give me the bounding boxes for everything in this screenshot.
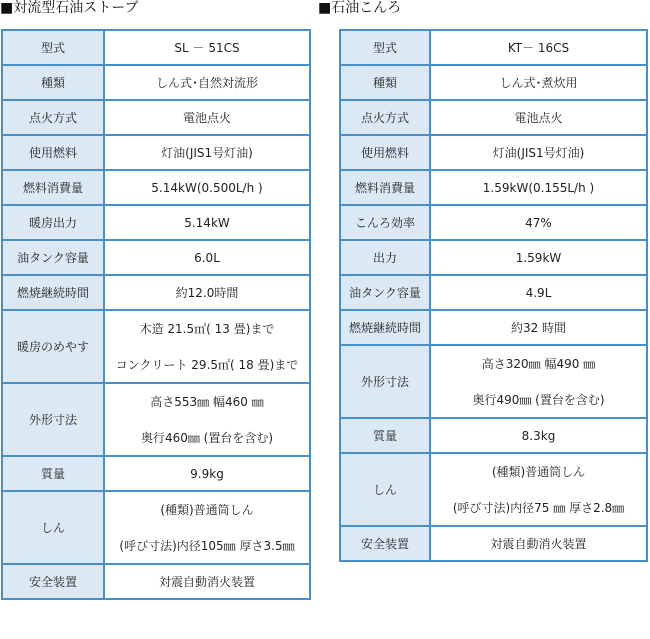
burner-section-title: ■石油こんろ xyxy=(318,0,401,16)
spec-value: (種類)普通筒しん(呼び寸法)内径105㎜ 厚さ3.5㎜ xyxy=(104,491,310,564)
spec-value-line: 6.0L xyxy=(105,251,309,265)
spec-value: 47% xyxy=(430,205,647,240)
spec-value: 約32 時間 xyxy=(430,310,647,345)
spec-value-line: 高さ320㎜ 幅490 ㎜ xyxy=(431,357,646,371)
spec-label: 燃焼継続時間 xyxy=(340,310,430,345)
spec-row: 点火方式電池点火 xyxy=(340,100,647,135)
spec-value-line: 対震自動消火装置 xyxy=(105,575,309,589)
spec-value-line: 4.9L xyxy=(431,286,646,300)
spec-value-line: しん式･煮炊用 xyxy=(431,76,646,90)
spec-row: 質量9.9kg xyxy=(2,456,310,491)
spec-label: 型式 xyxy=(340,30,430,65)
spec-label: 暖房出力 xyxy=(2,205,104,240)
spec-value-line: しん式･自然対流形 xyxy=(105,76,309,90)
spec-value-line: SL － 51CS xyxy=(105,41,309,55)
spec-value-line: 約12.0時間 xyxy=(105,286,309,300)
spec-value: 灯油(JIS1号灯油) xyxy=(104,135,310,170)
spec-value: (種類)普通筒しん(呼び寸法)内径75 ㎜ 厚さ2.8㎜ xyxy=(430,453,647,526)
spec-value: 4.9L xyxy=(430,275,647,310)
stove-section-title: ■対流型石油ストーブ xyxy=(0,0,139,16)
spec-value-line: 9.9kg xyxy=(105,467,309,481)
spec-value: 5.14kW xyxy=(104,205,310,240)
spec-label: 燃料消費量 xyxy=(2,170,104,205)
spec-row: 安全装置対震自動消火装置 xyxy=(340,526,647,561)
spec-value: 8.3kg xyxy=(430,418,647,453)
spec-row: 燃焼継続時間約12.0時間 xyxy=(2,275,310,310)
spec-row: 種類しん式･煮炊用 xyxy=(340,65,647,100)
spec-value-line: (呼び寸法)内径105㎜ 厚さ3.5㎜ xyxy=(105,539,309,553)
spec-value-line: 対震自動消火装置 xyxy=(431,537,646,551)
spec-value-line: 約32 時間 xyxy=(431,321,646,335)
spec-row: こんろ効率47% xyxy=(340,205,647,240)
spec-value: 約12.0時間 xyxy=(104,275,310,310)
spec-row: 点火方式電池点火 xyxy=(2,100,310,135)
spec-label: 型式 xyxy=(2,30,104,65)
spec-row: 燃料消費量1.59kW(0.155L/h ) xyxy=(340,170,647,205)
spec-value: 対震自動消火装置 xyxy=(430,526,647,561)
spec-row: 外形寸法高さ553㎜ 幅460 ㎜奥行460㎜ (置台を含む) xyxy=(2,383,310,456)
spec-value: 木造 21.5㎡( 13 畳)までコンクリート 29.5㎡( 18 畳)まで xyxy=(104,310,310,383)
spec-row: 燃料消費量5.14kW(0.500L/h ) xyxy=(2,170,310,205)
spec-row: 出力1.59kW xyxy=(340,240,647,275)
spec-value-line: 5.14kW xyxy=(105,216,309,230)
spec-row: 型式KT－ 16CS xyxy=(340,30,647,65)
spec-value-line: 灯油(JIS1号灯油) xyxy=(105,146,309,160)
spec-value-line: 1.59kW(0.155L/h ) xyxy=(431,181,646,195)
spec-value: 高さ553㎜ 幅460 ㎜奥行460㎜ (置台を含む) xyxy=(104,383,310,456)
spec-value-line: (種類)普通筒しん xyxy=(431,465,646,479)
spec-label: 外形寸法 xyxy=(340,345,430,418)
spec-value: SL － 51CS xyxy=(104,30,310,65)
spec-row: 外形寸法高さ320㎜ 幅490 ㎜奥行490㎜ (置台を含む) xyxy=(340,345,647,418)
spec-label: 燃料消費量 xyxy=(340,170,430,205)
spec-row: 暖房出力5.14kW xyxy=(2,205,310,240)
spec-value-line: 47% xyxy=(431,216,646,230)
spec-row: 使用燃料灯油(JIS1号灯油) xyxy=(340,135,647,170)
spec-value: 1.59kW xyxy=(430,240,647,275)
spec-value-line: (種類)普通筒しん xyxy=(105,503,309,517)
spec-value: KT－ 16CS xyxy=(430,30,647,65)
spec-value-line: 奥行490㎜ (置台を含む) xyxy=(431,393,646,407)
spec-value: しん式･自然対流形 xyxy=(104,65,310,100)
spec-label: しん xyxy=(340,453,430,526)
spec-value: 対震自動消火装置 xyxy=(104,564,310,599)
spec-label: しん xyxy=(2,491,104,564)
spec-label: 暖房のめやす xyxy=(2,310,104,383)
spec-value: 電池点火 xyxy=(104,100,310,135)
spec-label: 種類 xyxy=(2,65,104,100)
spec-row: 安全装置対震自動消火装置 xyxy=(2,564,310,599)
spec-value: 1.59kW(0.155L/h ) xyxy=(430,170,647,205)
spec-value-line: 奥行460㎜ (置台を含む) xyxy=(105,431,309,445)
spec-label: 質量 xyxy=(2,456,104,491)
spec-label: 出力 xyxy=(340,240,430,275)
spec-value-line: 高さ553㎜ 幅460 ㎜ xyxy=(105,395,309,409)
spec-label: こんろ効率 xyxy=(340,205,430,240)
spec-value-line: 灯油(JIS1号灯油) xyxy=(431,146,646,160)
spec-value: 5.14kW(0.500L/h ) xyxy=(104,170,310,205)
spec-row: しん(種類)普通筒しん(呼び寸法)内径75 ㎜ 厚さ2.8㎜ xyxy=(340,453,647,526)
spec-row: 質量8.3kg xyxy=(340,418,647,453)
spec-label: 使用燃料 xyxy=(340,135,430,170)
spec-label: 点火方式 xyxy=(2,100,104,135)
spec-label: 油タンク容量 xyxy=(340,275,430,310)
spec-value-line: コンクリート 29.5㎡( 18 畳)まで xyxy=(105,358,309,372)
spec-row: 種類しん式･自然対流形 xyxy=(2,65,310,100)
spec-value: 6.0L xyxy=(104,240,310,275)
spec-label: 使用燃料 xyxy=(2,135,104,170)
spec-value-line: 木造 21.5㎡( 13 畳)まで xyxy=(105,322,309,336)
spec-label: 安全装置 xyxy=(340,526,430,561)
spec-value: 9.9kg xyxy=(104,456,310,491)
spec-value-line: 電池点火 xyxy=(431,111,646,125)
spec-label: 燃焼継続時間 xyxy=(2,275,104,310)
spec-label: 種類 xyxy=(340,65,430,100)
spec-value: 灯油(JIS1号灯油) xyxy=(430,135,647,170)
spec-value: しん式･煮炊用 xyxy=(430,65,647,100)
spec-label: 安全装置 xyxy=(2,564,104,599)
spec-row: 型式SL － 51CS xyxy=(2,30,310,65)
stove-spec-table: 型式SL － 51CS種類しん式･自然対流形点火方式電池点火使用燃料灯油(JIS… xyxy=(1,29,311,600)
spec-label: 油タンク容量 xyxy=(2,240,104,275)
spec-row: しん(種類)普通筒しん(呼び寸法)内径105㎜ 厚さ3.5㎜ xyxy=(2,491,310,564)
spec-row: 油タンク容量4.9L xyxy=(340,275,647,310)
spec-value-line: (呼び寸法)内径75 ㎜ 厚さ2.8㎜ xyxy=(431,501,646,515)
spec-row: 使用燃料灯油(JIS1号灯油) xyxy=(2,135,310,170)
spec-value-line: 1.59kW xyxy=(431,251,646,265)
spec-value-line: KT－ 16CS xyxy=(431,41,646,55)
spec-value: 電池点火 xyxy=(430,100,647,135)
spec-value-line: 電池点火 xyxy=(105,111,309,125)
spec-label: 質量 xyxy=(340,418,430,453)
spec-row: 暖房のめやす木造 21.5㎡( 13 畳)までコンクリート 29.5㎡( 18 … xyxy=(2,310,310,383)
spec-label: 点火方式 xyxy=(340,100,430,135)
spec-label: 外形寸法 xyxy=(2,383,104,456)
spec-value-line: 8.3kg xyxy=(431,429,646,443)
spec-row: 燃焼継続時間約32 時間 xyxy=(340,310,647,345)
spec-value-line: 5.14kW(0.500L/h ) xyxy=(105,181,309,195)
burner-spec-table: 型式KT－ 16CS種類しん式･煮炊用点火方式電池点火使用燃料灯油(JIS1号灯… xyxy=(339,29,648,562)
spec-value: 高さ320㎜ 幅490 ㎜奥行490㎜ (置台を含む) xyxy=(430,345,647,418)
spec-row: 油タンク容量6.0L xyxy=(2,240,310,275)
